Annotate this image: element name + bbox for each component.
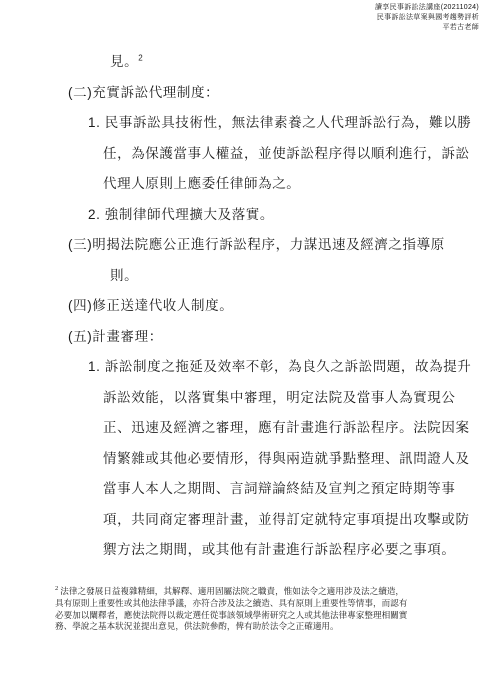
- footnote: 2法律之發展日益複雜精細，其解釋、適用固屬法院之職責，惟如法令之適用涉及法之續造…: [55, 586, 447, 633]
- document-page: 讀享民事訴訟法講座(20211024) 民事訴訟法草案與國考趨勢評析 平若古老師…: [0, 0, 494, 700]
- body-line: 2. 強制律師代理擴大及落實。: [88, 200, 446, 231]
- body-line: 1. 訴訟制度之拖延及效率不彰，為良久之訴訟問題，故為提升: [88, 352, 446, 383]
- header-course-title: 讀享民事訴訟法講座(20211024): [375, 3, 479, 13]
- body-line: 當事人本人之期間、言詞辯論終結及宣判之預定時期等事: [103, 474, 446, 505]
- body-line-text: 見。: [110, 54, 138, 69]
- body-line: (三)明揭法院應公正進行訴訟程序，力謀迅速及經濟之指導原: [68, 230, 446, 261]
- body-line: 正、迅速及經濟之審理，應有計畫進行訴訟程序。法院因案: [103, 413, 446, 444]
- body-line: (二)充實訴訟代理制度：: [68, 78, 446, 109]
- footnote-line: 具有原則上重要性或其他法律爭議，亦符合涉及法之續造、具有原則上重要性等情事，而認…: [55, 598, 447, 610]
- document-header: 讀享民事訴訟法講座(20211024) 民事訴訟法草案與國考趨勢評析 平若古老師: [375, 3, 479, 33]
- body-line: 禦方法之期間，或其他有計畫進行訴訟程序必要之事項。: [103, 535, 446, 566]
- footnote-line: 必要加以闡釋者，應使法院得以裁定選任從事該領域學術研究之人或其他法律專家整理相關…: [55, 610, 447, 622]
- body-line: 見。2: [110, 47, 446, 78]
- footnote-line: 2法律之發展日益複雜精細，其解釋、適用固屬法院之職責，惟如法令之適用涉及法之續造…: [55, 586, 447, 598]
- document-body: 見。2 (二)充實訴訟代理制度： 1. 民事訴訟具技術性，無法律素養之人代理訴訟…: [68, 47, 446, 566]
- body-line: 則。: [110, 261, 446, 292]
- body-line: 訴訟效能，以落實集中審理，明定法院及當事人為實現公: [103, 383, 446, 414]
- footnote-line: 務、學說之基本狀況並提出意見，供法院參酌，俾有助於法令之正確適用。: [55, 621, 447, 633]
- body-line: 項，共同商定審理計畫，並得訂定就特定事項提出攻擊或防: [103, 505, 446, 536]
- header-lecturer: 平若古老師: [375, 23, 479, 33]
- body-line: (四)修正送達代收人制度。: [68, 291, 446, 322]
- body-line: 代理人原則上應委任律師為之。: [103, 169, 446, 200]
- footnote-line-text: 法律之發展日益複雜精細，其解釋、適用固屬法院之職責，惟如法令之適用涉及法之續造，: [60, 586, 404, 596]
- body-line: (五)計畫審理：: [68, 322, 446, 353]
- footnote-marker: 2: [55, 585, 58, 592]
- body-line: 任，為保護當事人權益，並使訴訟程序得以順利進行，訴訟: [103, 139, 446, 170]
- header-subtitle: 民事訴訟法草案與國考趨勢評析: [375, 13, 479, 23]
- body-line: 情繁雜或其他必要情形，得與兩造就爭點整理、訊問證人及: [103, 444, 446, 475]
- body-line: 1. 民事訴訟具技術性，無法律素養之人代理訴訟行為，難以勝: [88, 108, 446, 139]
- footnote-reference: 2: [138, 54, 142, 63]
